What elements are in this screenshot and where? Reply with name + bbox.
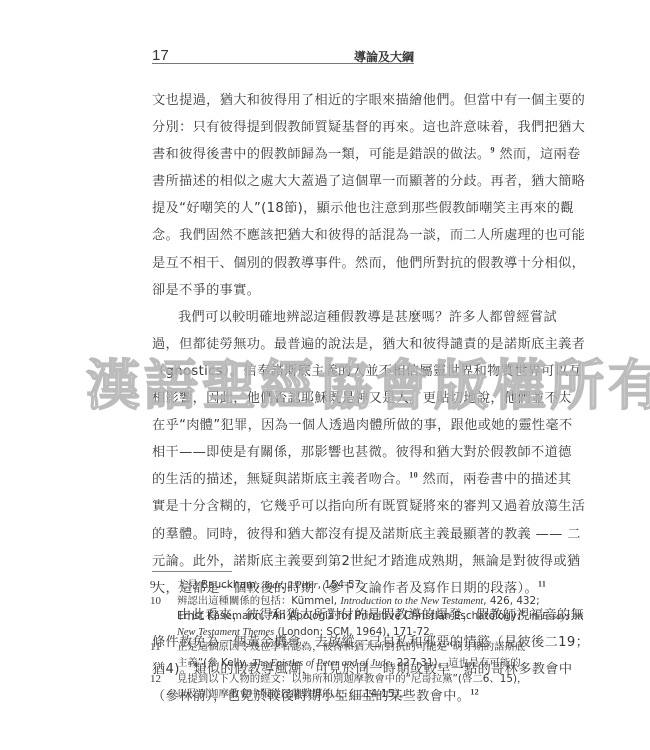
text-line: 書和彼得後書中的假教師歸為一類，可能是錯誤的做法。9 然而，這兩卷 xyxy=(152,141,414,168)
footnote-9: 9 尤見 Bauckham, Jude, 2 Peter, 154-57。 xyxy=(150,578,415,594)
paragraph-start: 我們可以較明確地辨認這種假教導是甚麼嗎？許多人都曾經嘗試 xyxy=(152,304,414,331)
text-line: 在乎“肉體”犯罪，因為一個人透過肉體所做的事，跟他或她的靈性毫不 xyxy=(152,412,414,439)
footnote-number: 10 xyxy=(150,594,161,610)
text-line: 實是十分含糊的，它幾乎可以指向所有既質疑將來的審判又過着放蕩生活 xyxy=(152,493,414,520)
text-line: 的生活的描述，無疑與諾斯底主義者吻合。10 然而，兩卷書中的描述其 xyxy=(152,466,414,493)
text-line: 是互不相干、個別的假教導事件。然而，他們所對抗的假教導十分相似， xyxy=(152,250,414,277)
footnote-ref[interactable]: 9 xyxy=(490,146,494,155)
footnote-ref[interactable]: 11 xyxy=(538,579,546,588)
text-line: 過，但都徒勞無功。最普遍的說法是，猶大和彼得譴責的是諾斯底主義者 xyxy=(152,331,414,358)
footnote-number: 12 xyxy=(150,672,161,688)
footnote-divider xyxy=(152,571,232,572)
text-line: 分別：只有彼得提到假教師質疑基督的再來。這也許意味着，我們把猶大 xyxy=(152,114,414,141)
text-line: 的羣體。同時，彼得和猶大都沒有提及諾斯底主義最顯著的教義 —— 二 xyxy=(152,521,414,548)
footnote-number: 9 xyxy=(150,578,156,594)
footnote-ref[interactable]: 10 xyxy=(409,471,418,480)
text-line: 提及“好嘲笑的人”(18節)，顯示他也注意到那些假教師嘲笑主再來的觀 xyxy=(152,195,414,222)
footnote-number: 11 xyxy=(150,640,161,656)
text-line: 相影響，因此，他們否認耶穌既是神又是人。更貼切地說，他們並不太 xyxy=(152,385,414,412)
book-page: 17 導論及大綱 文也提過，猶大和彼得用了相近的字眼來描繪他們。但當中有一個主要… xyxy=(0,0,650,750)
text-line: 卻是不爭的事實。 xyxy=(152,277,414,304)
text-line: 文也提過，猶大和彼得用了相近的字眼來描繪他們。但當中有一個主要的 xyxy=(152,87,414,114)
page-number: 17 xyxy=(152,47,169,64)
footnote-ref[interactable]: 12 xyxy=(470,688,479,697)
text-line: （gnostics）。信奉諾斯底主義的人並不相信屬靈世界和物質世界可以互 xyxy=(152,358,414,385)
footnotes: 9 尤見 Bauckham, Jude, 2 Peter, 154-57。 10… xyxy=(150,578,415,703)
header-divider xyxy=(152,63,414,64)
text-line: 相干——即使是有關係，那影響也甚微。彼得和猶大對於假教師不道德 xyxy=(152,439,414,466)
footnote-11: 11 正是這個原因令幾位學者認為，彼得和猶大所對抗的可能是“萌芽期的諾斯底 主義… xyxy=(150,640,415,671)
footnote-10: 10 辨認出這種關係的包括：Kümmel, Introduction to th… xyxy=(150,594,415,641)
text-line: 念。我們固然不應該把猶大和彼得的話混為一談，而二人所處理的也可能 xyxy=(152,222,414,249)
text-line: 書所描述的相似之處大大蓋過了這個單一而顯著的分歧。再者，猶大簡略 xyxy=(152,168,414,195)
footnote-12: 12 見提到以下人物的經文：以弗所和別迦摩教會中的“尼哥拉黨”(啓二6、15)，… xyxy=(150,672,415,703)
